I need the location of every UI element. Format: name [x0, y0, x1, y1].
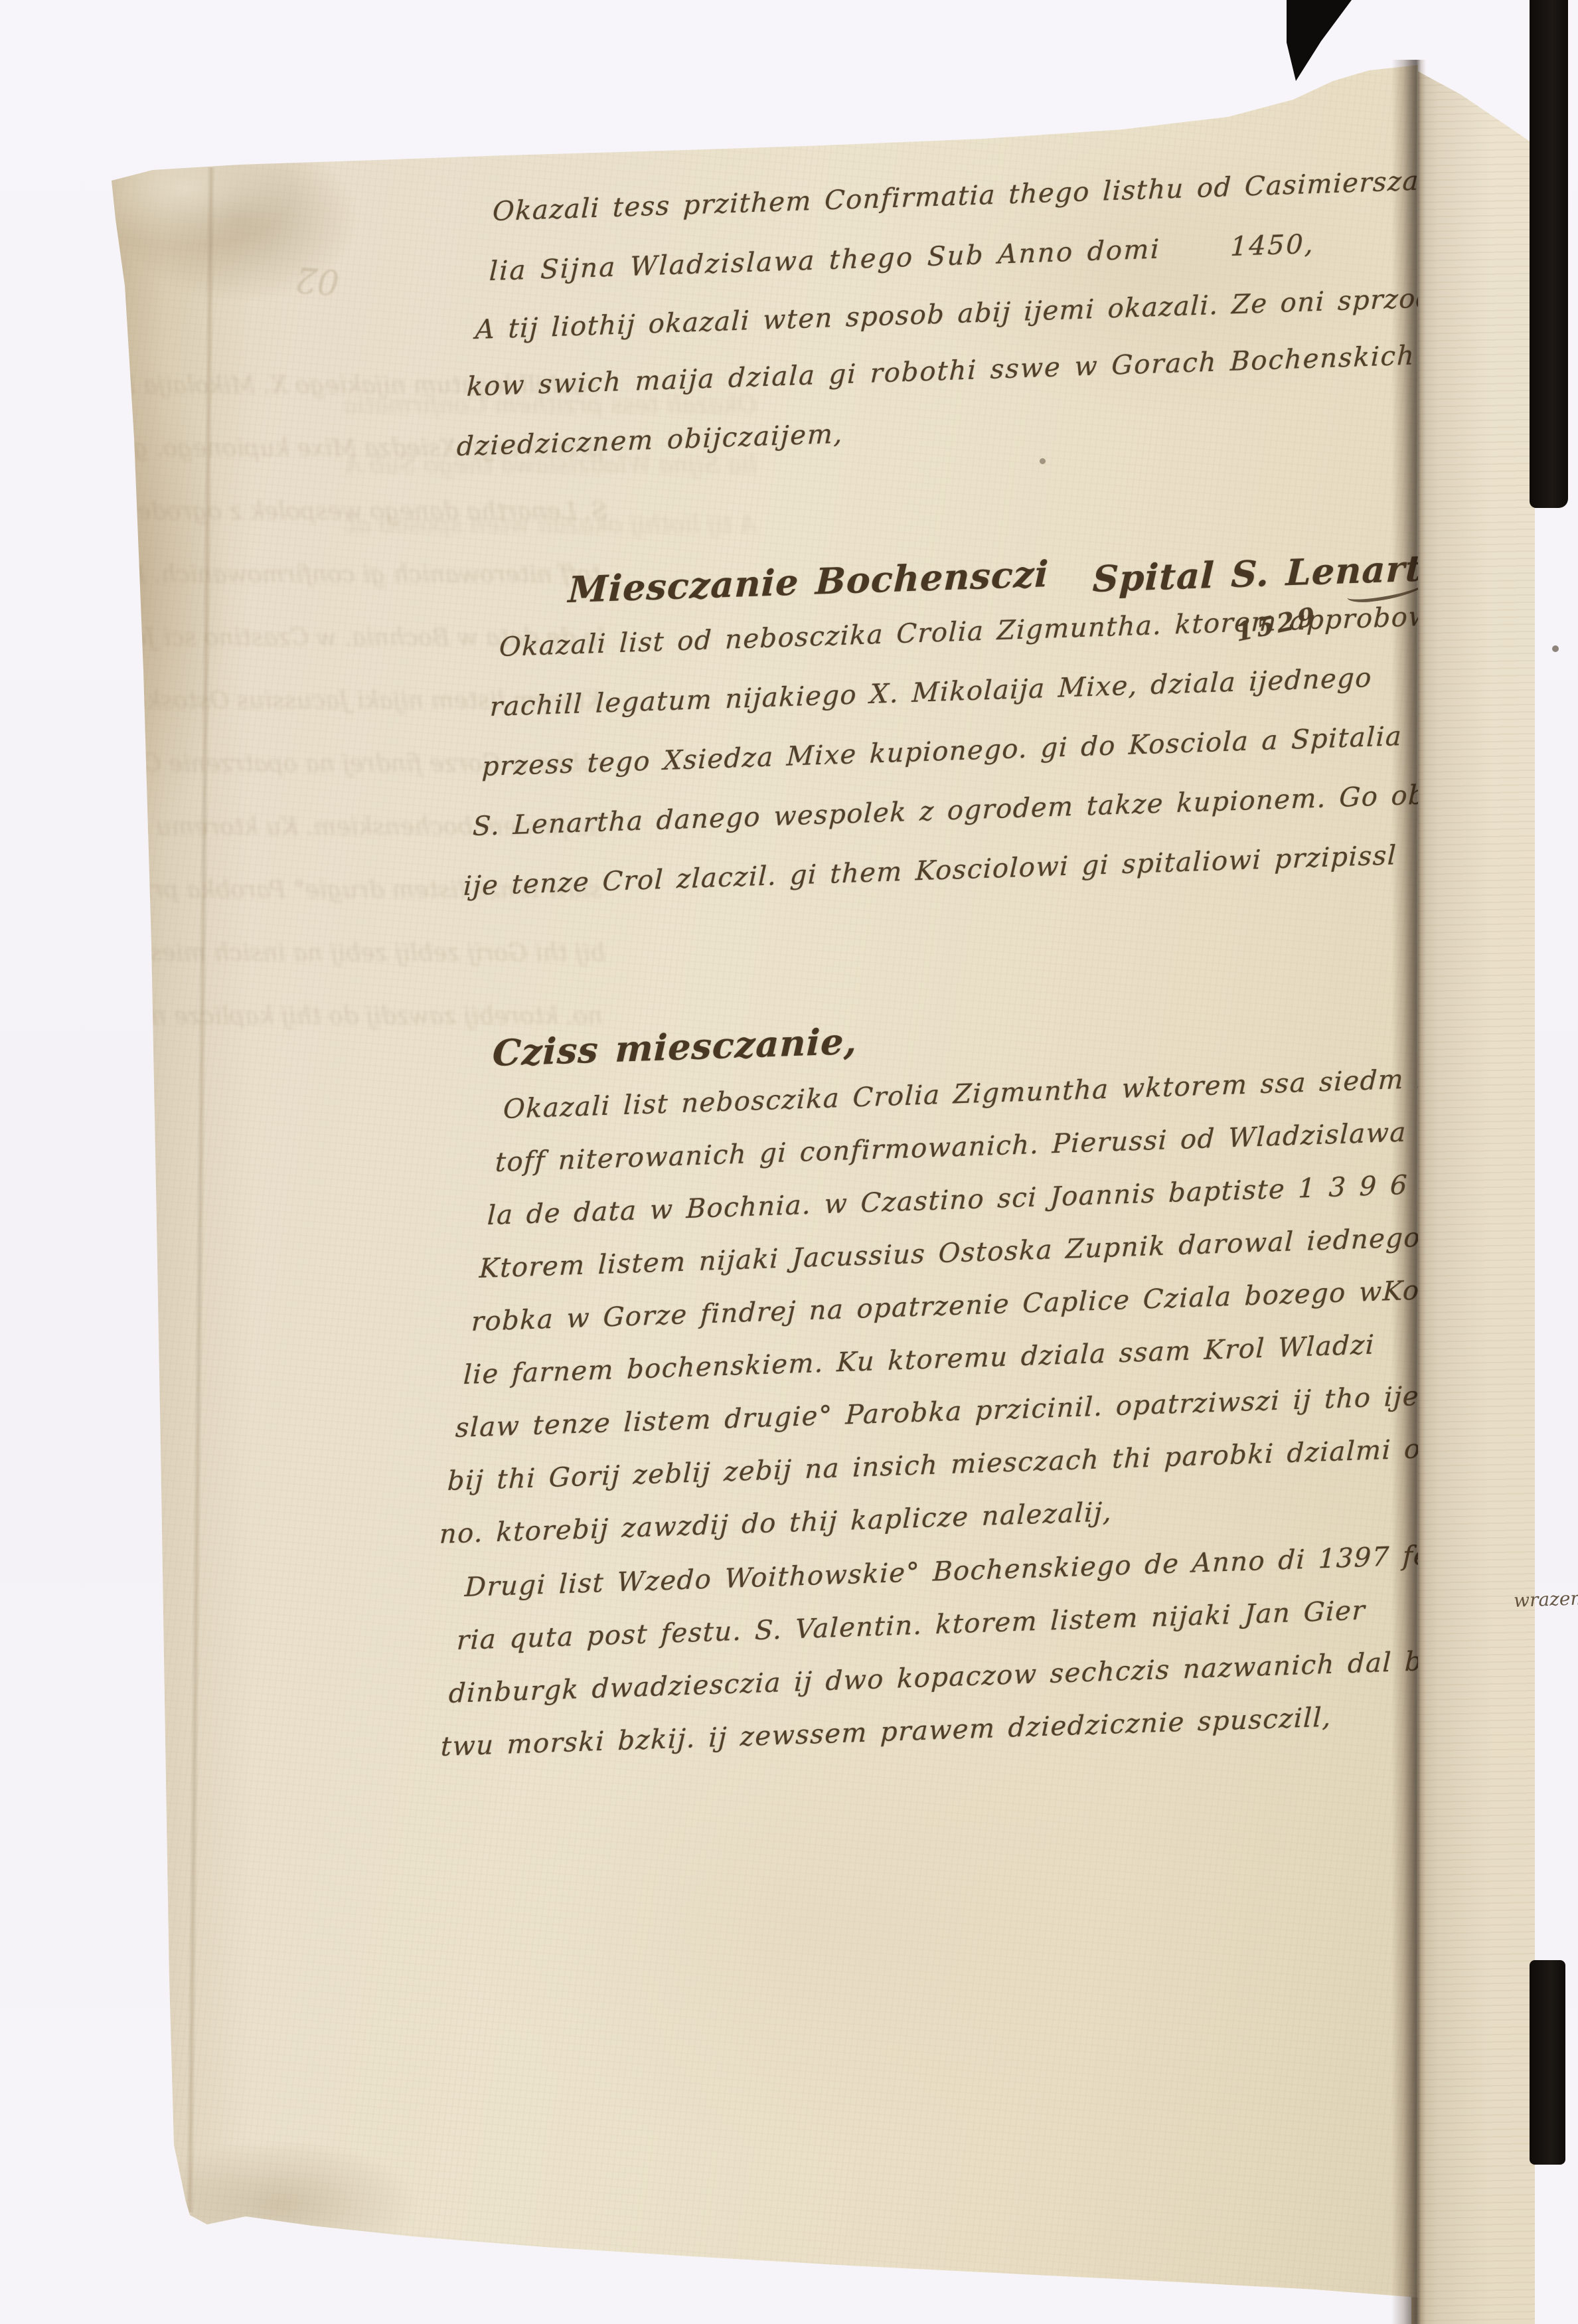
- manuscript-line: przess tego Xsiedza Mixe kupionego. gi d…: [481, 721, 1403, 782]
- manuscript-line: dziedzicznem obijczaijem,: [456, 419, 844, 462]
- book-backing-strip-bottom: [1530, 1960, 1565, 2165]
- manuscript-line: Okazali list od nebosczika Crolia Zigmun…: [499, 601, 1449, 663]
- manuscript-line: lia Sijna Wladzislawa thego Sub Anno dom…: [489, 229, 1315, 287]
- binding-gutter-shadow: [1391, 60, 1426, 2324]
- manuscript-line: robka w Gorze findrej na opatrzenie Capl…: [471, 1274, 1477, 1337]
- book-backing-strip-top: [1530, 0, 1568, 508]
- manuscript-page: rachill legatum nijakiego X. Mikolaija M…: [0, 0, 1578, 2324]
- manuscript-line: la de data w Bochnia. w Czastino sci Joa…: [487, 1170, 1409, 1231]
- manuscript-line: ije tenze Crol zlaczil. gi them Kosciolo…: [463, 840, 1397, 902]
- manuscript-line: toff niterowanich gi confirmowanich. Pie…: [495, 1115, 1472, 1178]
- manuscript-line: slaw tenze listem drugie° Parobka przici…: [455, 1380, 1453, 1444]
- manuscript-line: rachill legatum nijakiego X. Mikolaija M…: [489, 663, 1373, 722]
- manuscript-line: twu morski bzkij. ij zewssem prawem dzie…: [440, 1702, 1332, 1762]
- manuscript-line: dinburgk dwadziesczia ij dwo kopaczow se…: [448, 1645, 1454, 1709]
- text-block: Okazali tess przithem Confirmatia thego …: [0, 0, 1578, 2324]
- section-heading-left: Miesczanie Bochensczi: [568, 552, 1050, 611]
- manuscript-line: Okazali tess przithem Confirmatia thego …: [492, 163, 1494, 227]
- manuscript-line: Okazali list nebosczika Crolia Zigmuntha…: [503, 1063, 1451, 1125]
- manuscript-line: kow swich maija dziala gi robothi sswe w…: [466, 341, 1415, 402]
- margin-note: wrazem: [1513, 1587, 1578, 1612]
- manuscript-line: lie farnem bochenskiem. Ku ktoremu dzial…: [463, 1329, 1376, 1390]
- manuscript-line: ria quta post festu. S. Valentin. ktorem…: [456, 1596, 1366, 1656]
- ink-speck: [1552, 645, 1559, 652]
- manuscript-line: A tij liothij okazali wten sposob abij i…: [475, 283, 1435, 345]
- manuscript-line: bij thi Gorij zeblij zebij na insich mie…: [447, 1431, 1514, 1497]
- manuscript-line: Drugi list Wzedo Woithowskie° Bochenskie…: [464, 1540, 1431, 1603]
- manuscript-line: S. Lenartha danego wespolek z ogrodem ta…: [472, 779, 1444, 842]
- manuscript-line: Ktorem listem nijaki Jacussius Ostoska Z…: [479, 1221, 1468, 1284]
- section-heading-second: Cziss miesczanie,: [492, 1020, 858, 1074]
- scanned-document: rachill legatum nijakiego X. Mikolaija M…: [0, 0, 1578, 2324]
- ink-speck: [1040, 458, 1046, 464]
- book-backing-wedge: [0, 0, 1578, 86]
- manuscript-line: no. ktorebij zawzdij do thij kaplicze na…: [439, 1497, 1113, 1550]
